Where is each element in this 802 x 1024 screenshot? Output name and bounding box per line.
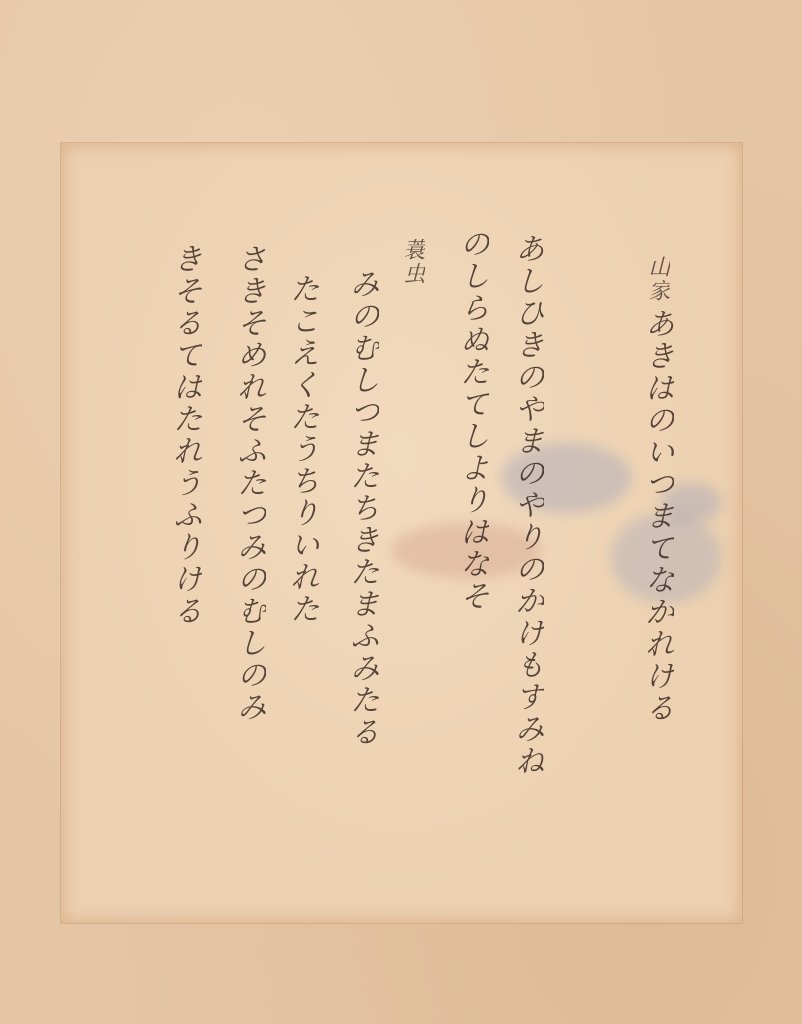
poem-column-1: あきはのいつまてなかれける bbox=[641, 308, 671, 724]
heading-minomushi: 蓑虫 bbox=[401, 238, 423, 286]
mount-paper: 山家 あきはのいつまてなかれける あしひきのやまのやりのかけもすみね のしらぬた… bbox=[0, 0, 802, 1024]
poem-column-6: さきそめれそふたつみのむしのみ bbox=[233, 243, 263, 723]
poem-column-4: みのむしつまたちきたまふみたる bbox=[346, 268, 376, 748]
poem-column-7: きそるてはたれうふりける bbox=[169, 243, 199, 627]
poem-sheet: 山家 あきはのいつまてなかれける あしひきのやまのやりのかけもすみね のしらぬた… bbox=[61, 143, 742, 923]
poem-column-2: あしひきのやまのやりのかけもすみね bbox=[511, 233, 541, 777]
poem-column-5: たこえくたうちりいれた bbox=[286, 273, 316, 625]
heading-yamazato: 山家 bbox=[646, 255, 668, 303]
poem-column-3: のしらぬたてしよりはなそ bbox=[456, 228, 486, 612]
